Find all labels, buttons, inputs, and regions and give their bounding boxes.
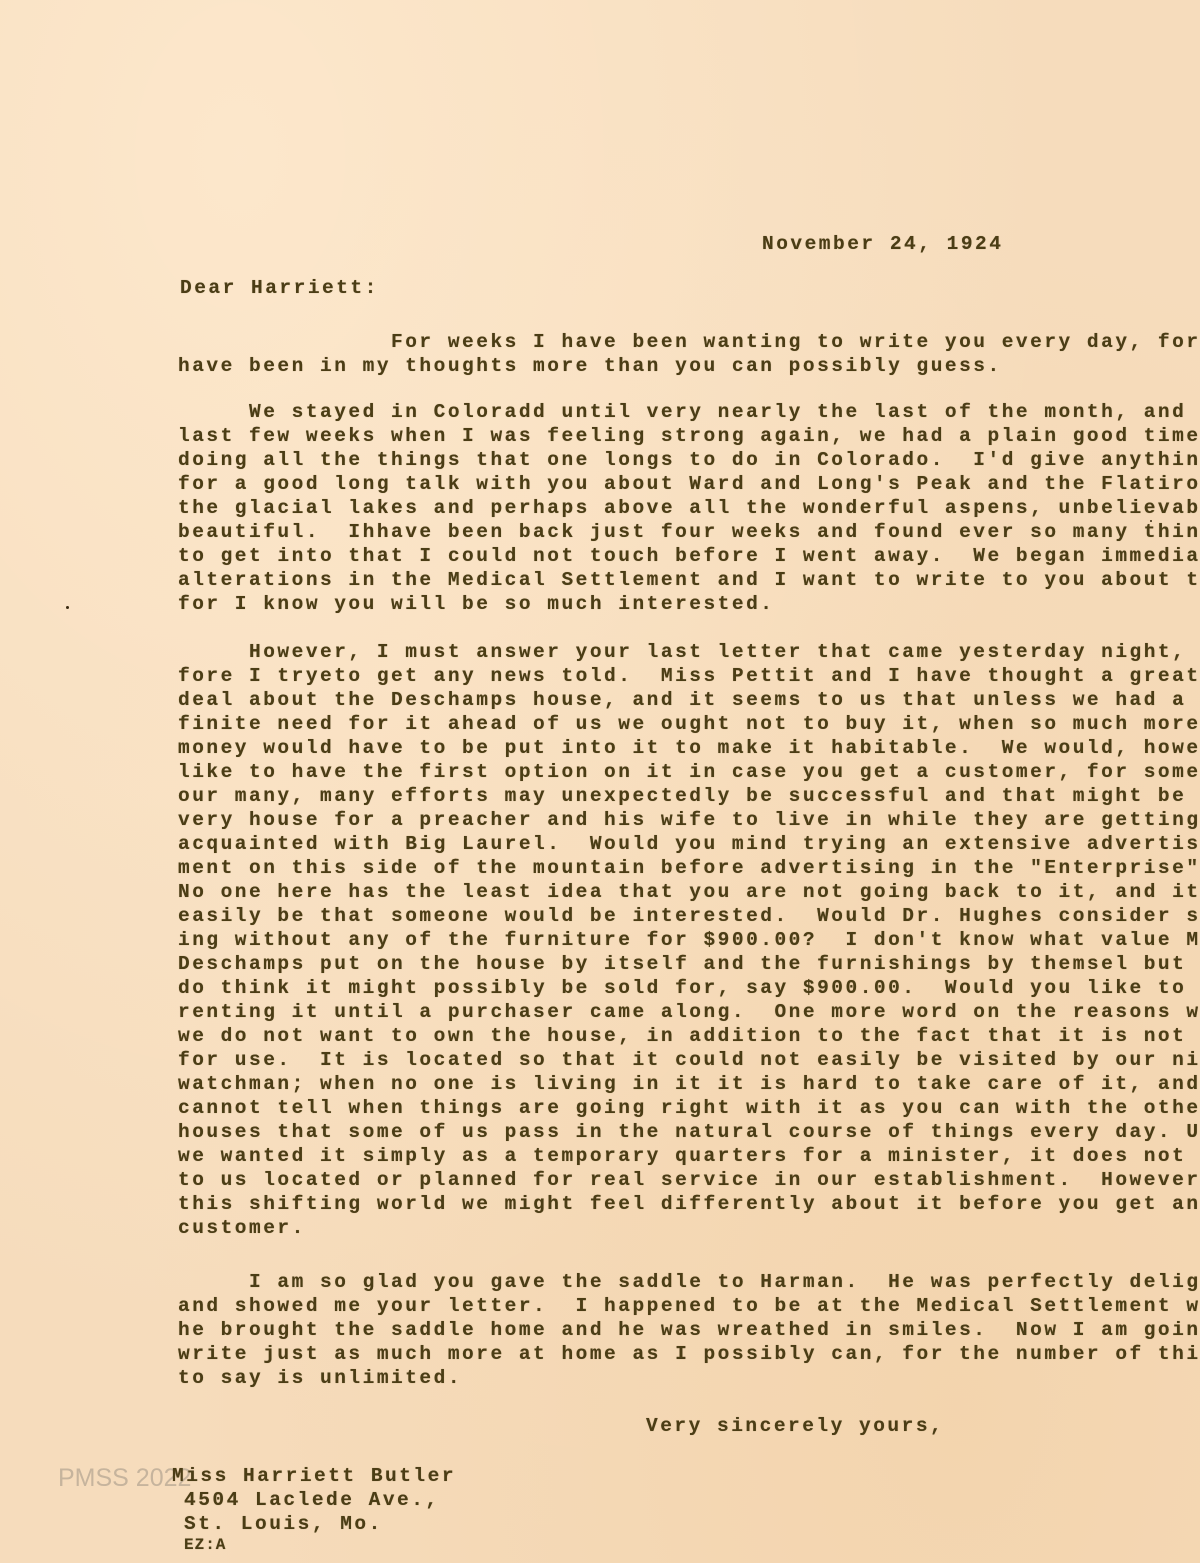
text-line: and showed me your letter. I happened to… (178, 1294, 1200, 1318)
text-line: acquainted with Big Laurel. Would you mi… (178, 832, 1200, 856)
text-line: doing all the things that one longs to d… (178, 448, 1200, 472)
closing: Very sincerely yours, (646, 1414, 944, 1438)
recipient-name: Miss Harriett Butler (172, 1464, 456, 1488)
text-line: customer. (178, 1216, 1200, 1240)
text-line: We stayed in Coloradd until very nearly … (178, 400, 1200, 424)
text-line: very house for a preacher and his wife t… (178, 808, 1200, 832)
text-line: do think it might possibly be sold for, … (178, 976, 1200, 1000)
letter-page: November 24, 1924 Dear Harriett: For wee… (0, 0, 1200, 1563)
text-line: beautiful. Ihhave been back just four we… (178, 520, 1200, 544)
text-line: last few weeks when I was feeling strong… (178, 424, 1200, 448)
letter-date: November 24, 1924 (762, 232, 1003, 256)
text-line: Deschamps put on the house by itself and… (178, 952, 1200, 976)
recipient-city: St. Louis, Mo. (184, 1512, 456, 1536)
text-line: for use. It is located so that it could … (178, 1048, 1200, 1072)
text-line: like to have the first option on it in c… (178, 760, 1200, 784)
paper-fleck (66, 606, 69, 609)
text-line: money would have to be put into it to ma… (178, 736, 1200, 760)
text-line: houses that some of us pass in the natur… (178, 1120, 1200, 1144)
text-line: watchman; when no one is living in it it… (178, 1072, 1200, 1096)
paragraph-1: For weeks I have been wanting to write y… (178, 330, 1200, 378)
text-line: ment on this side of the mountain before… (178, 856, 1200, 880)
text-line: easily be that someone would be interest… (178, 904, 1200, 928)
text-line: to get into that I could not touch befor… (178, 544, 1200, 568)
text-line: fore I tryeto get any news told. Miss Pe… (178, 664, 1200, 688)
text-line: No one here has the least idea that you … (178, 880, 1200, 904)
text-line: for a good long talk with you about Ward… (178, 472, 1200, 496)
reference-initials: EZ:A (184, 1536, 456, 1554)
text-line: For weeks I have been wanting to write y… (178, 330, 1200, 354)
text-line: he brought the saddle home and he was wr… (178, 1318, 1200, 1342)
text-line: we do not want to own the house, in addi… (178, 1024, 1200, 1048)
text-line: renting it until a purchaser came along.… (178, 1000, 1200, 1024)
text-line: cannot tell when things are going right … (178, 1096, 1200, 1120)
text-line: for I know you will be so much intereste… (178, 592, 1200, 616)
recipient-address: Miss Harriett Butler 4504 Laclede Ave., … (172, 1464, 456, 1554)
text-line: the glacial lakes and perhaps above all … (178, 496, 1200, 520)
text-line: alterations in the Medical Settlement an… (178, 568, 1200, 592)
text-line: I am so glad you gave the saddle to Harm… (178, 1270, 1200, 1294)
text-line: have been in my thoughts more than you c… (178, 354, 1200, 378)
paragraph-2: We stayed in Coloradd until very nearly … (178, 400, 1200, 616)
text-line: However, I must answer your last letter … (178, 640, 1200, 664)
paragraph-4: I am so glad you gave the saddle to Harm… (178, 1270, 1200, 1390)
text-line: we wanted it simply as a temporary quart… (178, 1144, 1200, 1168)
recipient-street: 4504 Laclede Ave., (184, 1488, 456, 1512)
text-line: ing without any of the furniture for $90… (178, 928, 1200, 952)
salutation: Dear Harriett: (180, 276, 379, 300)
text-line: this shifting world we might feel differ… (178, 1192, 1200, 1216)
paragraph-3: However, I must answer your last letter … (178, 640, 1200, 1240)
text-line: to say is unlimited. (178, 1366, 1200, 1390)
text-line: finite need for it ahead of us we ought … (178, 712, 1200, 736)
text-line: our many, many efforts may unexpectedly … (178, 784, 1200, 808)
paper-fleck (1150, 520, 1152, 522)
text-line: write just as much more at home as I pos… (178, 1342, 1200, 1366)
text-line: deal about the Deschamps house, and it s… (178, 688, 1200, 712)
text-line: to us located or planned for real servic… (178, 1168, 1200, 1192)
